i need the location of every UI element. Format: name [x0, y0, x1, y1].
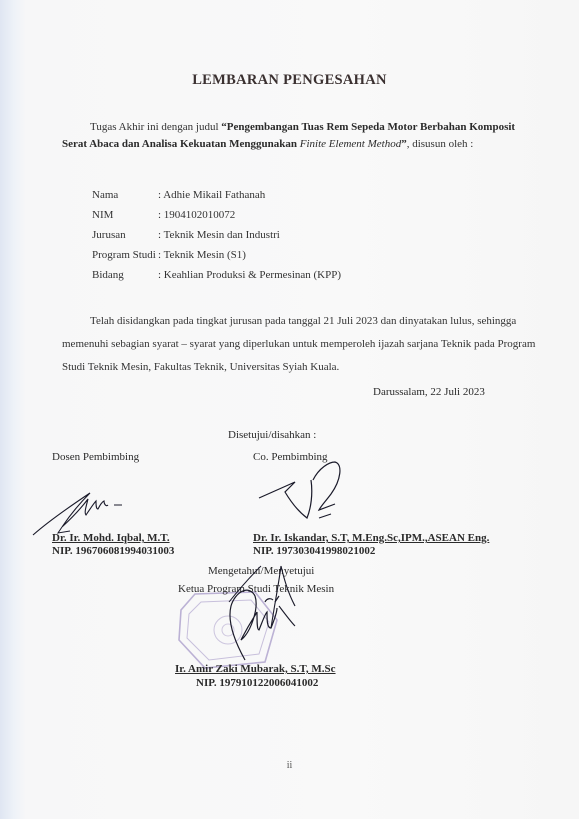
page-number: ii: [0, 760, 579, 771]
page-title: LEMBARAN PENGESAHAN: [0, 72, 579, 89]
supervisor-role: Dosen Pembimbing: [52, 451, 139, 463]
co-supervisor-signature-icon: [255, 450, 355, 525]
supervisor-name: Dr. Ir. Mohd. Iqbal, M.T.: [52, 532, 170, 544]
place-date: Darussalam, 22 Juli 2023: [373, 386, 485, 398]
approved-label: Disetujui/disahkan :: [228, 429, 316, 441]
co-supervisor-name: Dr. Ir. Iskandar, S.T, M.Eng.Sc,IPM.,ASE…: [253, 532, 489, 544]
field-row-department: Jurusan: Teknik Mesin dan Industri: [92, 225, 341, 245]
head-signature-icon: [205, 562, 300, 672]
supervisor-nip: NIP. 196706081994031003: [52, 545, 174, 557]
intro-prefix: Tugas Akhir ini dengan judul: [90, 121, 221, 133]
intro-suffix: , disusun oleh :: [407, 138, 474, 150]
student-info-table: Nama: Adhie Mikail Fathanah NIM: 1904102…: [92, 185, 341, 285]
field-row-field: Bidang: Keahlian Produksi & Permesinan (…: [92, 265, 341, 285]
approval-page: LEMBARAN PENGESAHAN Tugas Akhir ini deng…: [0, 0, 579, 819]
intro-paragraph: Tugas Akhir ini dengan judul “Pengembang…: [62, 119, 542, 153]
field-row-nim: NIM: 1904102010072: [92, 205, 341, 225]
head-name: Ir. Amir Zaki Mubarak, S.T, M.Sc: [175, 663, 336, 675]
field-row-program: Program Studi: Teknik Mesin (S1): [92, 245, 341, 265]
field-row-name: Nama: Adhie Mikail Fathanah: [92, 185, 341, 205]
co-supervisor-nip: NIP. 197303041998021002: [253, 545, 375, 557]
head-nip: NIP. 197910122006041002: [196, 677, 318, 689]
statement-paragraph: Telah disidangkan pada tingkat jurusan p…: [62, 310, 542, 379]
